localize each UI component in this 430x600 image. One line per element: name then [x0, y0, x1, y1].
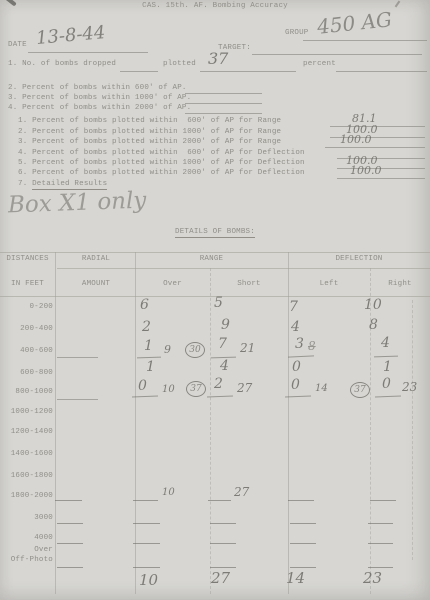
header-in-feet: IN FEET	[0, 280, 55, 290]
scanned-bombing-accuracy-form: CAS. 15th. AF. Bombing Accuracy GROUP 45…	[0, 0, 430, 600]
item1-blank1	[120, 71, 158, 72]
header-distances: DISTANCES	[0, 255, 55, 265]
header-deflection: DEFLECTION	[288, 255, 430, 265]
pencil-dash	[133, 543, 160, 544]
tally-over-run: 9	[164, 344, 171, 355]
subitem-6-blank	[337, 178, 425, 179]
group-label: GROUP	[285, 29, 309, 39]
header-short: Short	[210, 280, 288, 290]
item2-blank	[185, 93, 262, 94]
item7-number: 7.	[18, 180, 32, 188]
cell-800-1000-right: 0	[382, 377, 391, 391]
pencil-dash	[210, 567, 236, 568]
sum-line	[285, 396, 311, 398]
handwritten-note: Box X1 only	[8, 190, 147, 218]
subitem-1-blank	[330, 126, 425, 127]
header-left: Left	[288, 280, 370, 290]
row-label-800-1000: 800-1000	[0, 388, 53, 398]
tally-right-total: 23	[402, 381, 417, 393]
subitem-2-label: 2. Percent of bombs plotted within 1000'…	[18, 128, 281, 138]
item1-blank2	[200, 71, 296, 72]
total-right: 23	[363, 571, 382, 586]
item1-plotted-label: plotted	[163, 60, 196, 70]
pencil-dash	[208, 500, 231, 501]
pencil-dash	[290, 523, 316, 524]
item3-label: 3. Percent of bombs within 1000' of AP.	[8, 94, 191, 104]
subitem-6-value: 100.0	[350, 165, 382, 176]
row-label-0-200: 0-200	[0, 303, 53, 313]
header-over: Over	[135, 280, 210, 290]
cell-200-400-right: 8	[369, 318, 378, 332]
item2-label: 2. Percent of bombs within 600' of AP.	[8, 84, 187, 94]
header-radial: RADIAL	[57, 255, 135, 265]
row-label-600-800: 600-800	[0, 369, 53, 379]
group-value: 450 AG	[316, 9, 393, 37]
pencil-dash	[210, 523, 236, 524]
item1-percent-label: percent	[303, 60, 336, 70]
pencil-dash	[57, 543, 83, 544]
pencil-dash	[133, 500, 158, 501]
cell-400-600-short: 7	[218, 337, 227, 351]
cell-400-600-left: 3	[295, 337, 304, 351]
pencil-dash	[290, 567, 316, 568]
cell-1800-2000-over: 10	[162, 488, 175, 498]
item4-blank	[185, 113, 262, 114]
subitem-4-label: 4. Percent of bombs plotted within 600' …	[18, 149, 305, 159]
sum-line	[207, 396, 233, 398]
header-right: Right	[370, 280, 430, 290]
sum-line	[375, 396, 401, 398]
item1-blank3	[336, 71, 427, 72]
cell-200-400-over: 2	[142, 320, 151, 334]
cell-800-1000-short: 2	[214, 377, 223, 391]
cell-0-200-over: 6	[140, 298, 149, 312]
item4-label: 4. Percent of bombs within 2000' of AP.	[8, 104, 191, 114]
row-label-3000: 3000	[0, 514, 53, 524]
col-divider-3	[210, 268, 211, 594]
table-mid-rule	[57, 268, 430, 269]
scan-crease-line	[412, 300, 413, 560]
cell-0-200-right: 10	[364, 298, 382, 312]
subitem-5-label: 5. Percent of bombs plotted within 1000'…	[18, 159, 305, 169]
sum-line	[374, 356, 398, 358]
col-divider-1	[55, 252, 56, 594]
struck-out-digit: 8	[308, 340, 316, 352]
cell-200-400-left: 4	[291, 320, 300, 334]
header-range: RANGE	[135, 255, 288, 265]
table-top-rule	[0, 252, 430, 253]
date-value: 13-8-44	[35, 24, 106, 48]
row-label-1600-1800: 1600-1800	[0, 472, 53, 482]
header-amount: AMOUNT	[57, 280, 135, 290]
pencil-dash	[370, 500, 396, 501]
subitem-3-value: 100.0	[340, 134, 372, 145]
pencil-dash	[57, 567, 83, 568]
row-label-1800-2000: 1800-2000	[0, 492, 53, 502]
group-underline	[303, 40, 427, 41]
row-label-4000: 4000	[0, 534, 53, 544]
pencil-tick	[395, 1, 401, 8]
cell-600-800-left: 0	[292, 360, 301, 374]
row-label-1200-1400: 1200-1400	[0, 428, 53, 438]
cell-400-600-over: 1	[144, 339, 153, 353]
row-label-200-400: 200-400	[0, 325, 53, 335]
row-label-400-600: 400-600	[0, 347, 53, 357]
tally-over-total: 10	[162, 385, 175, 395]
circled-count-37: 37	[186, 381, 206, 397]
item3-blank	[185, 103, 262, 104]
cell-600-800-right: 1	[383, 360, 392, 374]
corner-ink-mark	[4, 0, 17, 7]
cell-800-1000-left: 0	[291, 378, 300, 392]
cell-1800-2000-short: 27	[234, 486, 249, 498]
form-title: CAS. 15th. AF. Bombing Accuracy	[100, 2, 330, 12]
pencil-dash	[133, 523, 160, 524]
tally-short-total: 27	[237, 382, 252, 394]
date-underline	[28, 52, 148, 53]
pencil-dash	[290, 543, 316, 544]
pencil-dash	[210, 543, 236, 544]
total-left: 14	[286, 571, 305, 586]
cell-0-200-short: 5	[214, 296, 223, 310]
pencil-dash	[368, 543, 393, 544]
pencil-dash	[288, 500, 314, 501]
total-over: 10	[139, 573, 158, 588]
total-short: 27	[211, 571, 230, 586]
cell-800-1000-over: 0	[138, 379, 147, 393]
tally-short-run: 21	[240, 342, 255, 354]
cell-400-600-right: 4	[381, 336, 390, 350]
cell-200-400-short: 9	[221, 318, 230, 332]
table-caption: DETAILS OF BOMBS:	[140, 228, 290, 238]
row-800-1000-blank	[57, 399, 98, 400]
pencil-dash	[133, 567, 160, 568]
pencil-dash	[55, 500, 82, 501]
item7-label: 7. Detailed Results	[18, 180, 107, 190]
subitem-3-label: 3. Percent of bombs plotted within 2000'…	[18, 138, 281, 148]
row-400-600-blank	[57, 357, 98, 358]
tally-left-total: 14	[315, 384, 328, 394]
date-label: DATE	[8, 41, 27, 51]
item1-plotted-value: 37	[208, 51, 228, 67]
sum-line	[288, 355, 314, 357]
row-label-over-off-photo: Over Off-Photo	[0, 546, 53, 566]
pencil-dash	[368, 567, 393, 568]
row-label-1400-1600: 1400-1600	[0, 450, 53, 460]
row-label-1000-1200: 1000-1200	[0, 408, 53, 418]
subitem-6-label: 6. Percent of bombs plotted within 2000'…	[18, 169, 305, 179]
target-underline	[252, 54, 422, 55]
cell-0-200-left: 7	[289, 300, 298, 314]
pencil-dash	[368, 523, 393, 524]
cell-600-800-over: 1	[146, 360, 155, 374]
sum-line	[132, 396, 158, 398]
item1-label: 1. No. of bombs dropped	[8, 60, 116, 70]
subitem-1-label: 1. Percent of bombs plotted within 600' …	[18, 117, 281, 127]
circled-count-37-right: 37	[350, 382, 370, 398]
subitem-3-blank	[325, 147, 425, 148]
pencil-dash	[57, 523, 83, 524]
cell-600-800-short: 4	[220, 359, 229, 373]
circled-count-30: 30	[185, 342, 205, 358]
